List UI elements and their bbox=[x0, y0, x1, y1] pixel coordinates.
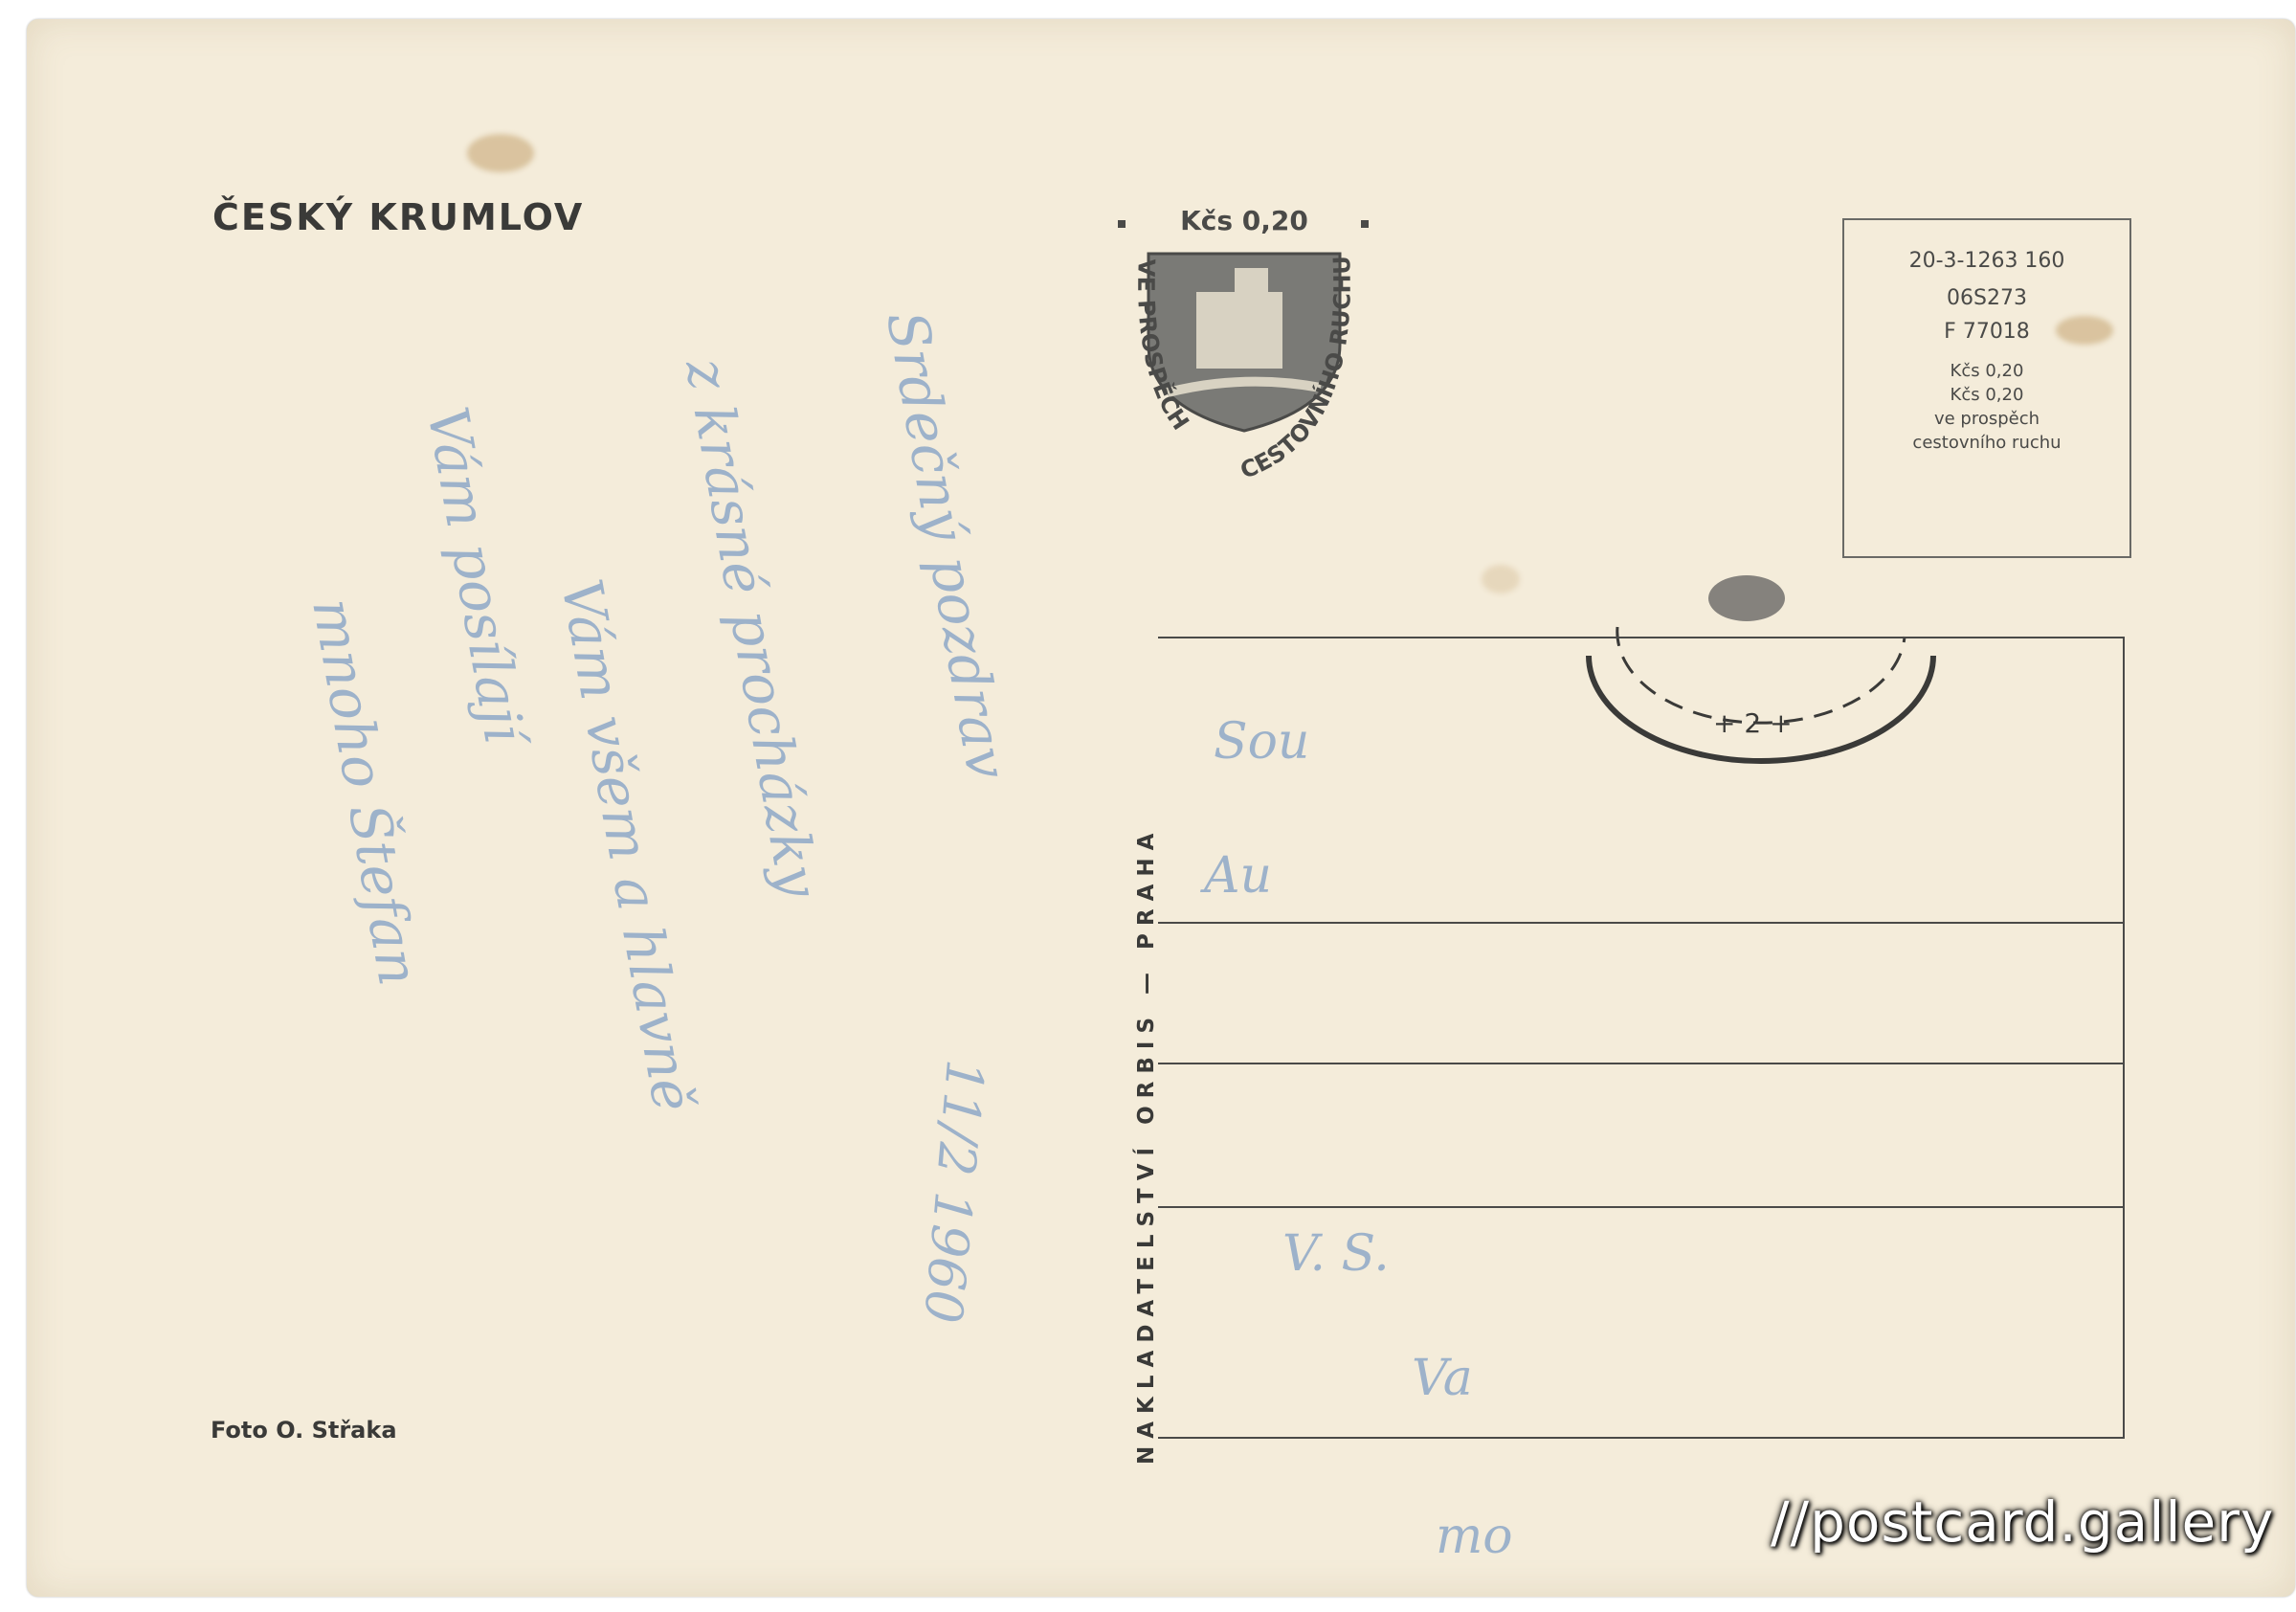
address-line bbox=[1158, 1063, 2125, 1064]
stamp-value: Kčs 0,20 bbox=[1180, 205, 1308, 236]
stamp-line: Kčs 0,20 bbox=[1844, 385, 2129, 405]
stamp-line: ve prospěch bbox=[1844, 409, 2129, 429]
stamp-line: 20-3-1263 160 bbox=[1844, 249, 2129, 273]
address-handwriting: Au bbox=[1204, 847, 1272, 905]
imprinted-stamp: Kčs 0,20 VE PROSPĚCH CESTOVNÍHO RUCHU bbox=[1101, 201, 1388, 498]
stamp-line: F 77018 bbox=[1844, 320, 2129, 344]
photo-credit: Foto O. Střaka bbox=[211, 1417, 397, 1444]
address-handwriting: Sou bbox=[1214, 713, 1309, 771]
publisher-imprint: NAKLADATELSTVÍ ORBIS — PRAHA bbox=[1134, 826, 1159, 1465]
address-line bbox=[1158, 1206, 2125, 1208]
stamp-info-box: 20-3-1263 160 06S273 F 77018 Kčs 0,20 Kč… bbox=[1842, 218, 2131, 558]
stamp-line: 06S273 bbox=[1844, 286, 2129, 310]
address-handwriting: Va bbox=[1412, 1350, 1473, 1407]
address-handwriting: V. S. bbox=[1282, 1225, 1390, 1283]
stain-mark bbox=[467, 134, 534, 172]
watermark: //postcard.gallery bbox=[1771, 1489, 2274, 1555]
stamp-line: cestovního ruchu bbox=[1844, 433, 2129, 453]
address-line bbox=[1158, 922, 2125, 924]
address-handwriting: mo bbox=[1436, 1508, 1513, 1565]
stain-mark bbox=[1482, 565, 1520, 593]
card-title: ČESKÝ KRUMLOV bbox=[212, 196, 584, 238]
stamp-line: Kčs 0,20 bbox=[1844, 361, 2129, 381]
